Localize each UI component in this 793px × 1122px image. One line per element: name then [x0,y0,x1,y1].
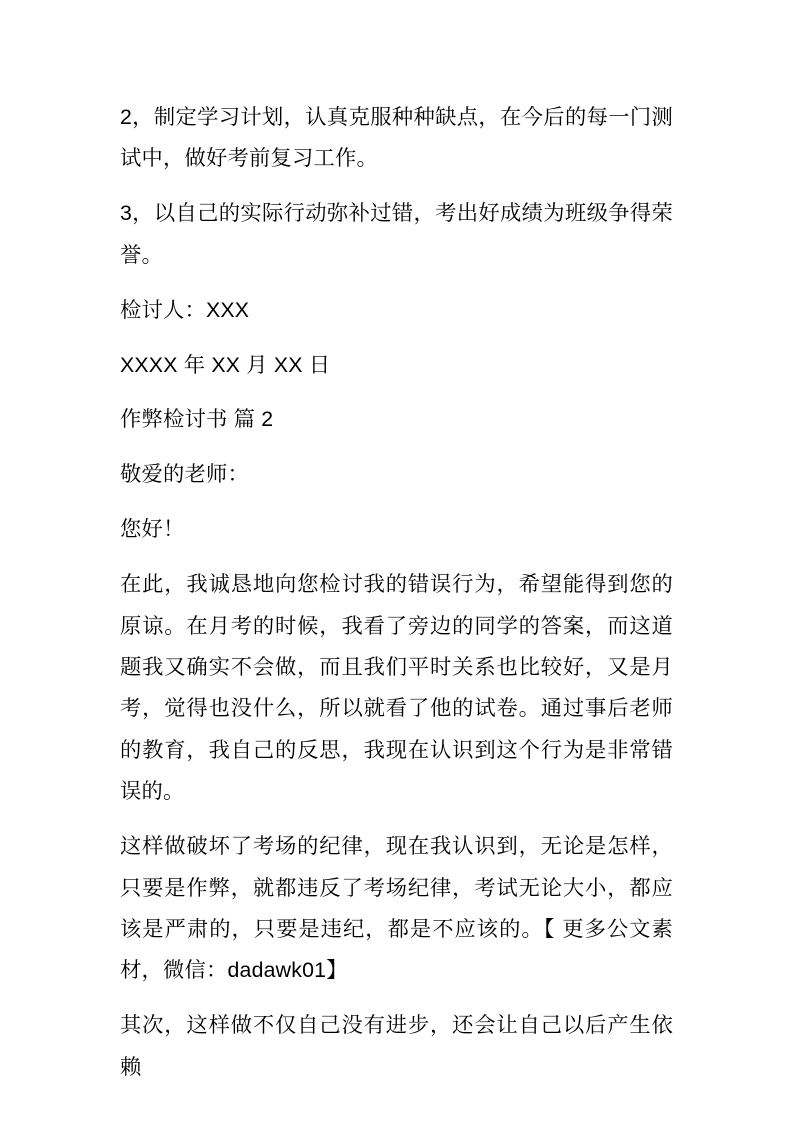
resolution-item-3: 3，以自己的实际行动弥补过错，考出好成绩为班级争得荣誉。 [120,193,673,276]
body-paragraph-dependence: 其次，这样做不仅自己没有进步，还会让自己以后产生依赖 [120,1005,673,1088]
section-heading-part2: 作弊检讨书 篇 2 [120,399,673,440]
body-paragraph-apology: 在此，我诚恳地向您检讨我的错误行为，希望能得到您的原谅。在月考的时候，我看了旁边… [120,564,673,812]
body-paragraph-discipline: 这样做破坏了考场的纪律，现在我认识到，无论是怎样，只要是作弊，就都违反了考场纪律… [120,826,673,992]
greeting: 您好！ [120,509,673,550]
resolution-item-2: 2，制定学习计划，认真克服种种缺点，在今后的每一门测试中，做好考前复习工作。 [120,97,673,180]
salutation: 敬爱的老师： [120,454,673,495]
signature-line: 检讨人：XXX [120,290,673,331]
date-line: XXXX 年 XX 月 XX 日 [120,345,673,386]
document-page: 2，制定学习计划，认真克服种种缺点，在今后的每一门测试中，做好考前复习工作。 3… [0,0,793,1122]
